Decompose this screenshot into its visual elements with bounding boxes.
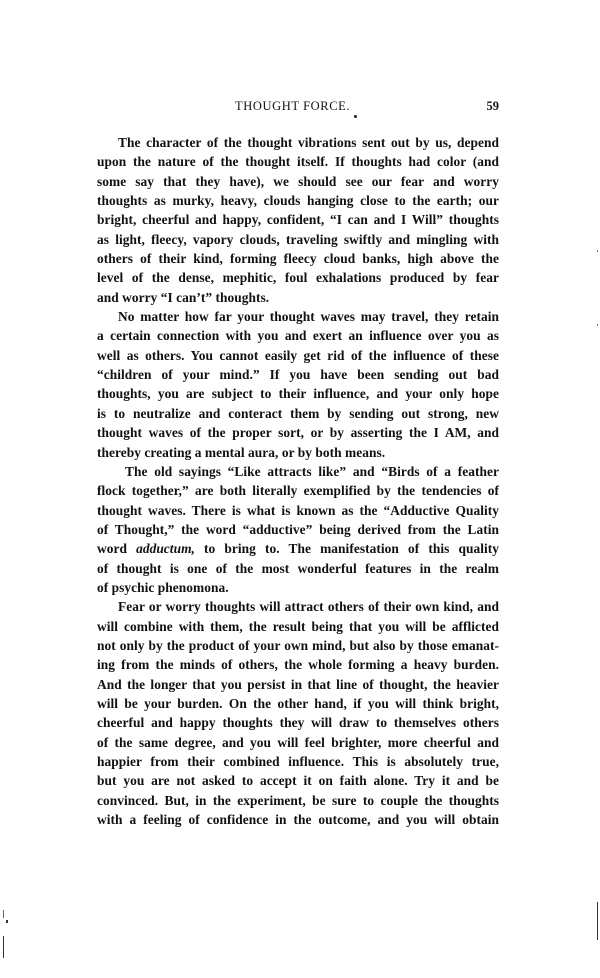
scan-artifact-left-speck [6,920,8,923]
scan-artifact-right-speck [597,250,598,252]
text-line: No matter how far your thought waves may… [97,307,499,326]
scan-artifact-right-line [597,902,598,940]
text-line: Fear or worry thoughts will attract othe… [97,597,499,616]
text-line: well as others. You cannot easily get ri… [97,346,499,365]
text-line: word adductum, to bring to. The manifest… [97,539,499,558]
text-line: The old sayings “Like attracts like” and… [97,462,499,481]
body-text: The character of the thought vibrations … [97,133,499,829]
text-line: will be your burden. On the other hand, … [97,694,499,713]
text-line: thoughts, you are subject to their influ… [97,384,499,403]
text-line: upon the nature of the thought itself. I… [97,152,499,171]
text-line: others of their kind, forming fleecy clo… [97,249,499,268]
text-line: of the same degree, and you will feel br… [97,733,499,752]
text-line: but you are not asked to accept it on fa… [97,771,499,790]
scan-artifact-right-speck [597,324,598,326]
page-number: 59 [487,99,500,114]
latin-term: adductum, [136,541,195,556]
text-line: will combine with them, the result being… [97,617,499,636]
text-line: level of the dense, mephitic, foul exhal… [97,268,499,287]
scan-artifact-left-line [3,936,4,958]
running-title: THOUGHT FORCE. [235,99,350,114]
text-line: bright, cheerful and happy, confident, “… [97,210,499,229]
text-line: “children of your mind.” If you have bee… [97,365,499,384]
running-head: THOUGHT FORCE. 59 [97,99,499,119]
text-line: as light, fleecy, vapory clouds, traveli… [97,230,499,249]
text-line: thoughts as murky, heavy, clouds hanging… [97,191,499,210]
text-line: with a feeling of confidence in the outc… [97,810,499,829]
text-line: not only by the product of your own mind… [97,636,499,655]
text-fragment: word [97,541,127,556]
scan-artifact-left-dots [3,910,4,918]
text-line: thought waves of the proper sort, or by … [97,423,499,442]
text-line: of thought is one of the most wonderful … [97,559,499,578]
text-line: thought waves. There is what is known as… [97,501,499,520]
text-line: thereby creating a mental aura, or by bo… [97,443,499,462]
text-line: of Thought,” the word “adductive” being … [97,520,499,539]
text-line: ing from the minds of others, the whole … [97,655,499,674]
text-fragment: to bring to. The manifestation of this q… [195,541,499,556]
book-page: THOUGHT FORCE. 59 The character of the t… [0,0,600,978]
text-line: a certain connection with you and exert … [97,326,499,345]
ink-speck [354,115,357,118]
text-line: flock together,” are both literally exem… [97,481,499,500]
text-line: convinced. But, in the experiment, be su… [97,791,499,810]
text-line: is to neutralize and conteract them by s… [97,404,499,423]
text-line: of psychic phenomona. [97,578,499,597]
text-line: cheerful and happy thoughts they will dr… [97,713,499,732]
text-line: happier from their combined influence. T… [97,752,499,771]
text-line: some say that they have), we should see … [97,172,499,191]
text-line: The character of the thought vibrations … [97,133,499,152]
text-line: And the longer that you persist in that … [97,675,499,694]
text-line: and worry “I can’t” thoughts. [97,288,499,307]
